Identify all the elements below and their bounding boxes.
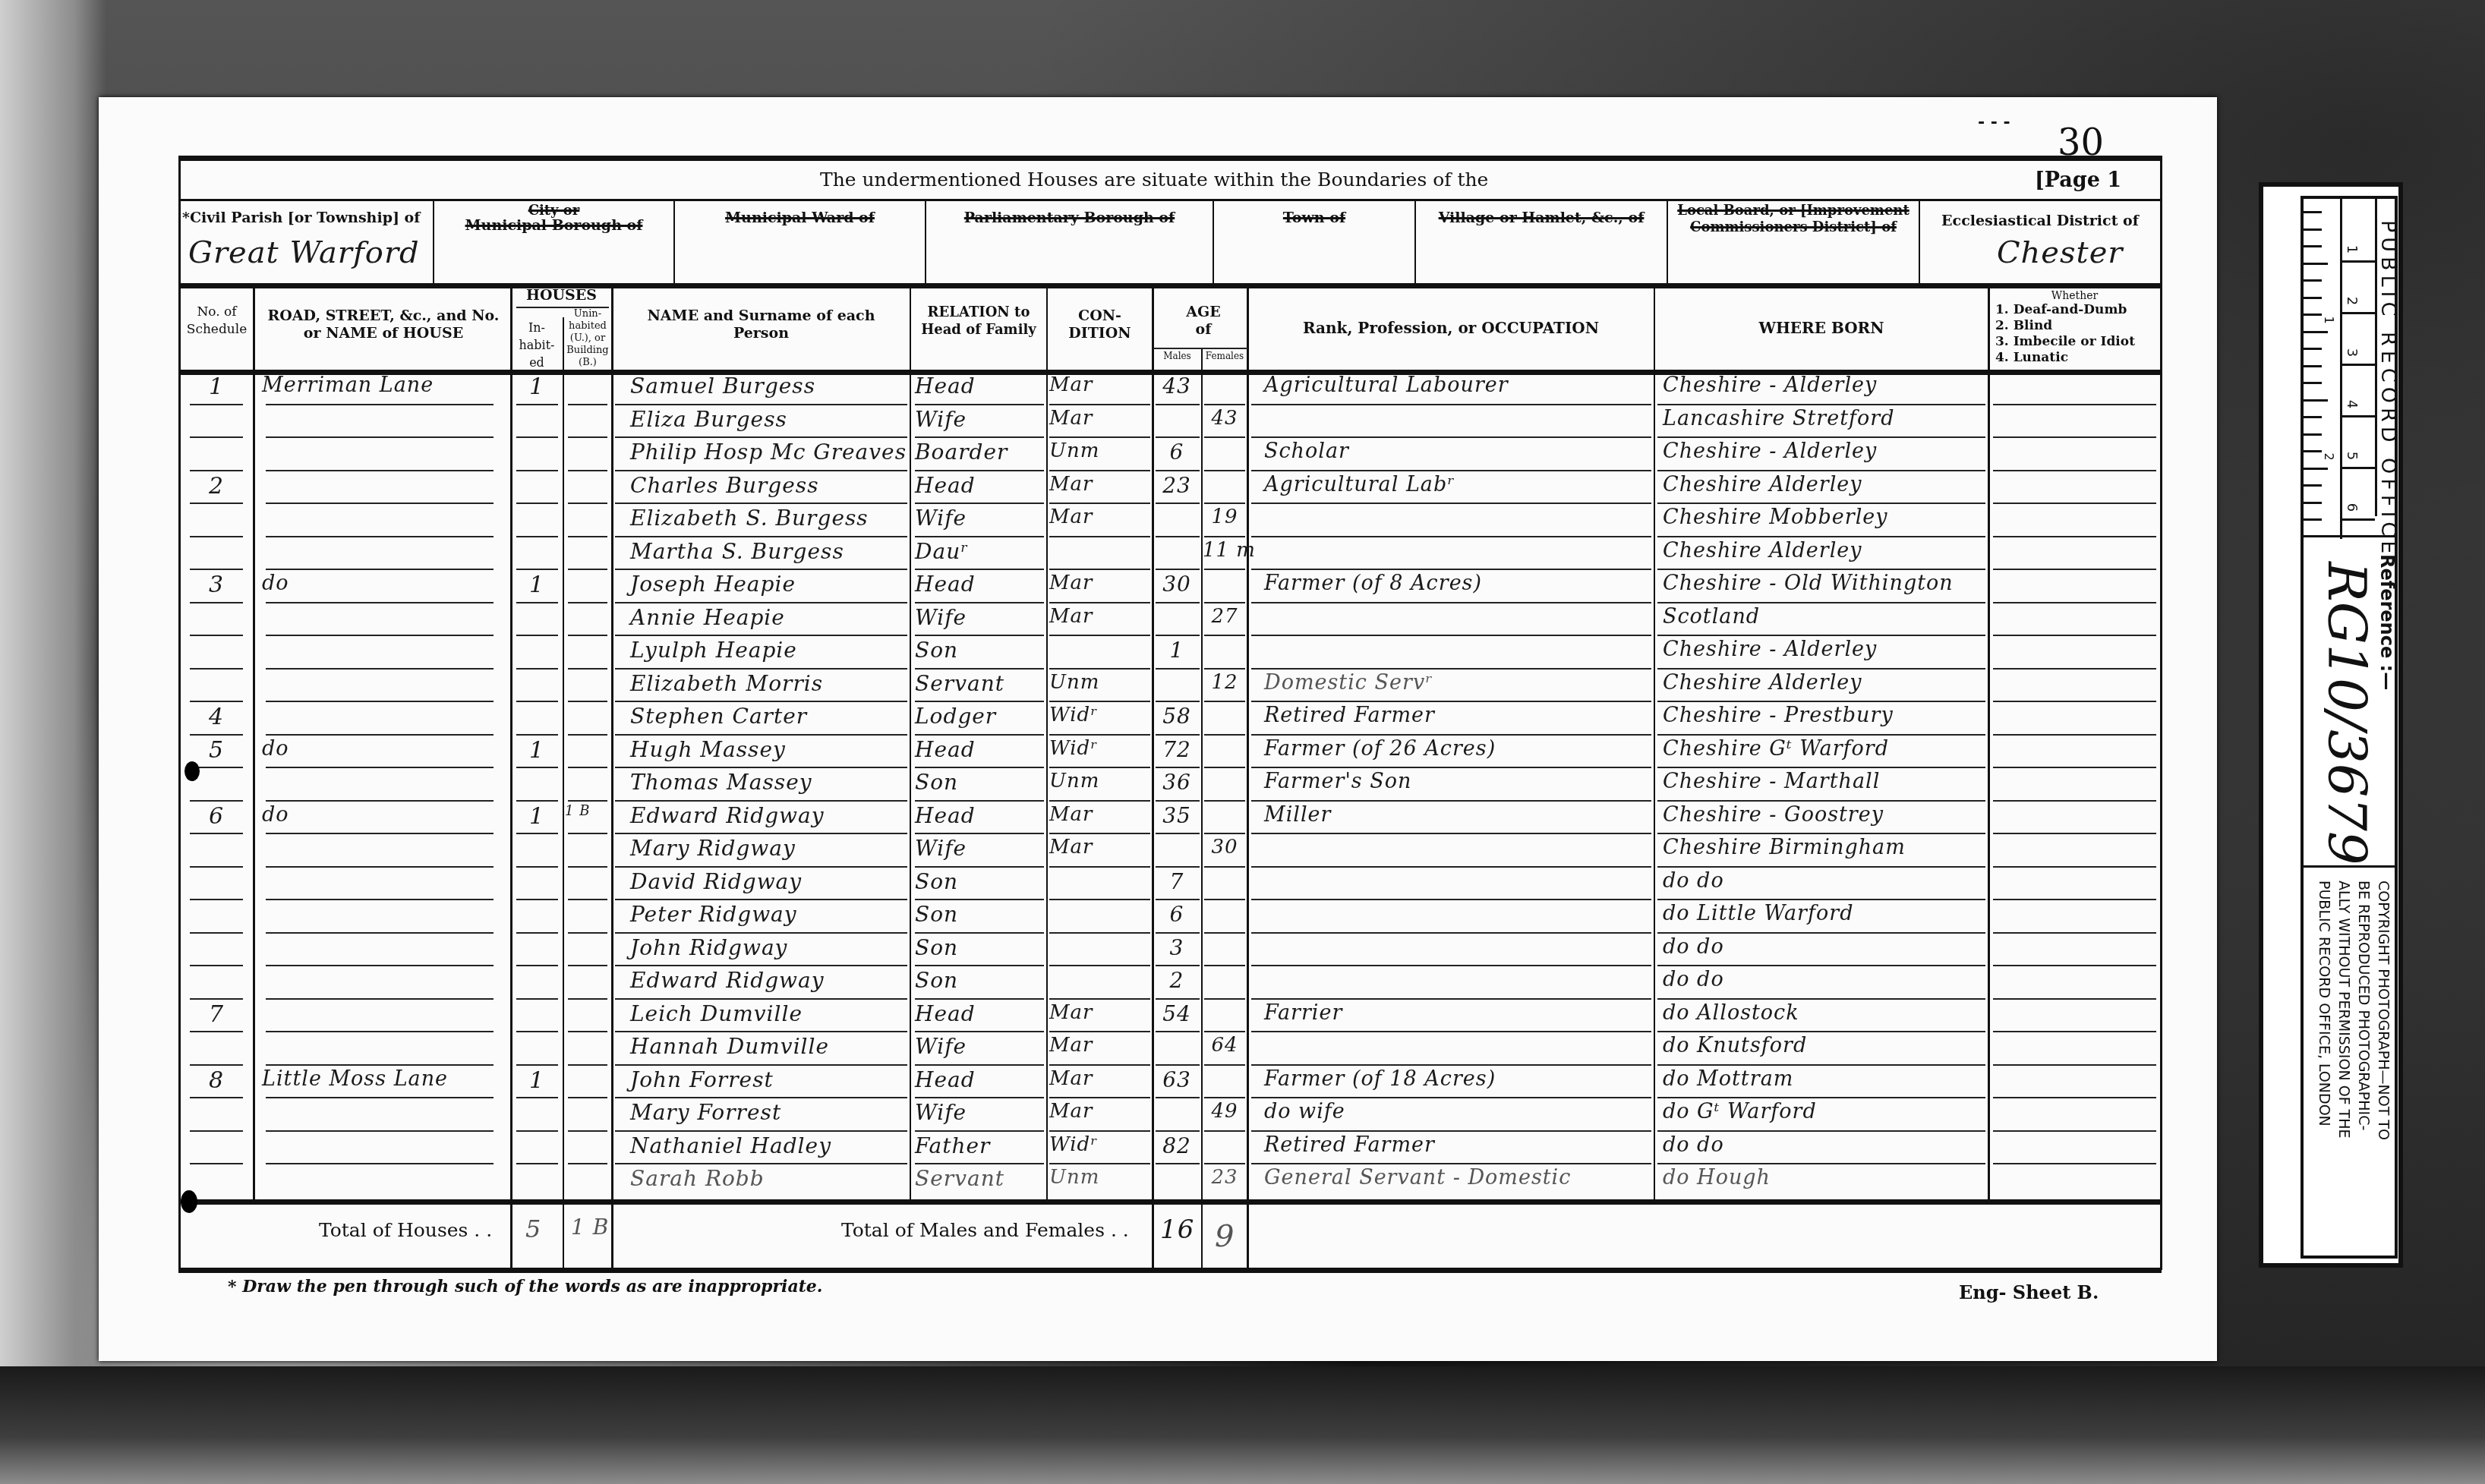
scale-tick: [2304, 348, 2322, 350]
row-rule: [1156, 569, 1200, 570]
cell-born: do do: [1663, 1133, 2020, 1157]
row-rule: [1049, 734, 1150, 736]
row-rule: [516, 1130, 558, 1132]
cell-relation: Wife: [915, 506, 1044, 531]
row-rule: [1251, 965, 1651, 966]
row-rule: [1993, 866, 2156, 868]
row-rule: [266, 668, 494, 670]
cell-relation: Head: [915, 1067, 1044, 1092]
cell-relation: Wife: [915, 836, 1044, 861]
row-rule: [915, 503, 1044, 504]
cell-born: Cheshire Alderley: [1663, 539, 2020, 562]
cell-occupation: do wife: [1264, 1100, 1651, 1123]
row-rule: [190, 668, 243, 670]
cell-relation: Son: [915, 869, 1044, 894]
row-rule: [1657, 899, 1985, 900]
scale-divider: [2342, 518, 2375, 521]
row-rule: [266, 998, 494, 1000]
reference-label: Reference :—: [2376, 554, 2398, 690]
row-rule: [1204, 1064, 1245, 1066]
row-rule: [915, 1163, 1044, 1164]
cell-born: do Gᵗ Warford: [1663, 1100, 2020, 1123]
row-rule: [915, 1130, 1044, 1132]
row-rule: [190, 701, 243, 702]
row-rule: [516, 1064, 558, 1066]
cell-male: 6: [1154, 440, 1200, 465]
cell-male: 35: [1154, 803, 1200, 828]
row-rule: [1156, 470, 1200, 471]
col-header-whether-3: 3. Imbecile or Idiot: [1995, 334, 2135, 349]
cell-relation: Wife: [915, 1100, 1044, 1125]
cell-occupation: Domestic Servʳ: [1264, 671, 1651, 695]
scale-number: 3: [2344, 348, 2360, 357]
row-rule: [1657, 866, 1985, 868]
row-rule: [1204, 866, 1245, 868]
col-header-uninhabited: Unin-habited (U.), or Building (B.): [564, 308, 611, 369]
row-rule: [266, 404, 494, 405]
scale-number: 6: [2344, 503, 2360, 512]
copyright-line-1: COPYRIGHT PHOTOGRAPH—NOT TO: [2375, 881, 2392, 1140]
cell-male: 54: [1154, 1001, 1200, 1026]
row-rule: [1993, 668, 2156, 670]
row-rule: [1657, 965, 1985, 966]
col-header-houses: HOUSES: [512, 287, 611, 304]
col-divider-relation: [1046, 285, 1048, 1199]
cell-relation: Wife: [915, 1034, 1044, 1059]
row-rule: [1049, 1163, 1150, 1164]
row-rule: [1993, 998, 2156, 1000]
row-rule: [190, 404, 243, 405]
area-label-local-board-line1: Local Board, or [Improvement: [1668, 202, 1919, 219]
cell-condition: Mar: [1049, 1001, 1152, 1024]
col-header-females: Females: [1203, 351, 1247, 361]
cell-relation: Son: [915, 935, 1044, 960]
cell-name: John Forrest: [630, 1067, 910, 1092]
cell-occupation: Retired Farmer: [1264, 704, 1651, 727]
row-rule: [1251, 998, 1651, 1000]
cell-name: Stephen Carter: [630, 704, 910, 729]
row-rule: [568, 503, 607, 504]
row-rule: [1993, 436, 2156, 438]
cell-relation: Wife: [915, 407, 1044, 432]
cell-female: 27: [1203, 605, 1247, 628]
row-rule: [1657, 1064, 1985, 1066]
cell-relation: Head: [915, 473, 1044, 498]
cell-female: 12: [1203, 671, 1247, 694]
rule-totals-top: [186, 1199, 2162, 1205]
cell-name: Leich Dumville: [630, 1001, 910, 1026]
row-rule: [1049, 1130, 1150, 1132]
row-rule: [615, 833, 907, 834]
col-divider-inhabited: [563, 317, 564, 1270]
row-rule: [1657, 635, 1985, 636]
col-divider-males: [1201, 349, 1203, 1270]
scale-tick: [2304, 297, 2322, 299]
row-rule: [568, 800, 607, 802]
row-rule: [1156, 536, 1200, 537]
cell-condition: Mar: [1049, 1100, 1152, 1123]
copyright-line-3: ALLY WITHOUT PERMISSION OF THE: [2335, 881, 2352, 1139]
cell-born: do do: [1663, 968, 2020, 991]
col-divider-schedule: [253, 285, 255, 1199]
row-rule: [568, 404, 607, 405]
cell-relation: Head: [915, 572, 1044, 597]
margin-dot: [184, 761, 200, 781]
cell-name: Lyulph Heapie: [630, 638, 910, 663]
row-rule: [190, 800, 243, 802]
row-rule: [1049, 833, 1150, 834]
row-rule: [1156, 1130, 1200, 1132]
row-rule: [516, 436, 558, 438]
row-rule: [1993, 470, 2156, 471]
cell-born: Cheshire Birmingham: [1663, 836, 2020, 859]
cell-inhabited: 1: [513, 373, 560, 400]
row-rule: [1049, 668, 1150, 670]
row-rule: [615, 1097, 907, 1098]
row-rule: [1251, 1130, 1651, 1132]
row-rule: [266, 436, 494, 438]
col-divider-uninhabited: [611, 285, 613, 1270]
row-rule: [915, 602, 1044, 603]
cell-born: Scotland: [1663, 605, 2020, 629]
cell-relation: Servant: [915, 1166, 1044, 1191]
area-label-village: Village or Hamlet, &c., of: [1416, 210, 1667, 227]
row-rule: [190, 569, 243, 570]
row-rule: [266, 932, 494, 934]
row-rule: [1993, 1130, 2156, 1132]
row-rule: [266, 503, 494, 504]
cell-schedule: 7: [182, 1001, 251, 1028]
row-rule: [615, 536, 907, 537]
row-rule: [915, 536, 1044, 537]
row-rule: [1993, 536, 2156, 537]
col-header-whether-2: 2. Blind: [1995, 318, 2052, 333]
cell-relation: Boarder: [915, 440, 1044, 465]
cell-condition: Mar: [1049, 407, 1152, 430]
row-rule: [1049, 866, 1150, 868]
col-divider-road: [510, 285, 512, 1270]
cell-name: Thomas Massey: [630, 770, 910, 795]
row-rule: [1049, 602, 1150, 603]
row-rule: [1049, 899, 1150, 900]
row-rule: [615, 1163, 907, 1164]
cell-occupation: General Servant - Domestic: [1264, 1166, 1651, 1189]
row-rule: [1156, 1097, 1200, 1098]
row-rule: [1251, 635, 1651, 636]
row-rule: [190, 932, 243, 934]
cell-occupation: Agricultural Labourer: [1264, 373, 1651, 397]
row-rule: [615, 800, 907, 802]
row-rule: [266, 1097, 494, 1098]
cell-born: do Hough: [1663, 1166, 2020, 1189]
col-header-age: AGE of: [1181, 304, 1226, 339]
cell-schedule: 1: [182, 373, 251, 400]
row-rule: [915, 965, 1044, 966]
cell-relation: Head: [915, 1001, 1044, 1026]
row-rule: [568, 932, 607, 934]
cell-born: Cheshire - Alderley: [1663, 373, 2020, 397]
row-rule: [1993, 932, 2156, 934]
row-rule: [615, 866, 907, 868]
row-rule: [1657, 503, 1985, 504]
row-rule: [1251, 1064, 1651, 1066]
col-header-whether: Whether: [1989, 290, 2160, 302]
cell-condition: Widʳ: [1049, 1133, 1152, 1156]
row-rule: [266, 470, 494, 471]
cell-condition: Mar: [1049, 1067, 1152, 1090]
col-divider-females: [1247, 285, 1249, 1270]
row-rule: [1156, 668, 1200, 670]
row-rule: [1204, 1130, 1245, 1132]
row-rule: [1156, 800, 1200, 802]
cell-name: John Ridgway: [630, 935, 910, 960]
row-rule: [615, 635, 907, 636]
row-rule: [516, 602, 558, 603]
row-rule: [1993, 734, 2156, 736]
cell-name: Mary Forrest: [630, 1100, 910, 1125]
row-rule: [516, 470, 558, 471]
row-rule: [266, 635, 494, 636]
row-rule: [190, 965, 243, 966]
row-rule: [266, 866, 494, 868]
row-rule: [1204, 701, 1245, 702]
row-rule: [1657, 767, 1985, 768]
row-rule: [1156, 602, 1200, 603]
row-rule: [1156, 899, 1200, 900]
row-rule: [915, 767, 1044, 768]
cell-born: do Allostock: [1663, 1001, 2020, 1025]
row-rule: [568, 536, 607, 537]
row-rule: [615, 404, 907, 405]
row-rule: [1049, 536, 1150, 537]
row-rule: [615, 503, 907, 504]
row-rule: [1993, 965, 2156, 966]
row-rule: [1204, 734, 1245, 736]
cell-born: Cheshire Gᵗ Warford: [1663, 737, 2020, 761]
scale-divider: [2342, 364, 2375, 366]
row-rule: [1993, 1031, 2156, 1032]
row-rule: [1204, 767, 1245, 768]
cell-relation: Son: [915, 902, 1044, 927]
row-rule: [266, 602, 494, 603]
row-rule: [1156, 833, 1200, 834]
row-rule: [915, 635, 1044, 636]
cell-male: 82: [1154, 1133, 1200, 1158]
scale-number: 5: [2344, 452, 2360, 460]
cell-road: do: [262, 572, 509, 595]
row-rule: [266, 734, 494, 736]
row-rule: [615, 767, 907, 768]
col-header-condition: CON-DITION: [1048, 307, 1152, 342]
row-rule: [1657, 932, 1985, 934]
row-rule: [1049, 503, 1150, 504]
row-rule: [1049, 701, 1150, 702]
row-rule: [1993, 635, 2156, 636]
row-rule: [1251, 470, 1651, 471]
cell-male: 1: [1154, 638, 1200, 663]
row-rule: [915, 800, 1044, 802]
cell-name: Charles Burgess: [630, 473, 910, 498]
row-rule: [915, 932, 1044, 934]
row-rule: [1251, 800, 1651, 802]
cell-name: Elizabeth S. Burgess: [630, 506, 910, 531]
cell-name: Nathaniel Hadley: [630, 1133, 910, 1158]
cell-name: Samuel Burgess: [630, 373, 910, 399]
row-rule: [516, 800, 558, 802]
cell-born: do do: [1663, 869, 2020, 893]
col-header-relation: RELATION to Head of Family: [911, 304, 1046, 339]
row-rule: [1251, 668, 1651, 670]
row-rule: [1204, 503, 1245, 504]
row-rule: [1204, 965, 1245, 966]
cell-occupation: Farmer (of 26 Acres): [1264, 737, 1651, 761]
row-rule: [615, 1130, 907, 1132]
margin-dot: [181, 1190, 197, 1213]
row-rule: [1657, 1097, 1985, 1098]
row-rule: [568, 668, 607, 670]
row-rule: [1657, 602, 1985, 603]
cell-name: Hugh Massey: [630, 737, 910, 762]
row-rule: [1204, 1163, 1245, 1164]
row-rule: [266, 965, 494, 966]
row-rule: [516, 1097, 558, 1098]
row-rule: [1204, 470, 1245, 471]
stamp-dashes: - - -: [1978, 112, 2010, 132]
row-rule: [615, 701, 907, 702]
row-rule: [516, 734, 558, 736]
scan-edge-light: [0, 0, 106, 1484]
cell-relation: Dauʳ: [915, 539, 1044, 564]
cell-female: 19: [1203, 506, 1247, 528]
scale-tick: [2304, 468, 2328, 470]
row-rule: [1251, 1163, 1651, 1164]
row-rule: [1657, 569, 1985, 570]
area-label-municipal-ward: Municipal Ward of: [675, 210, 925, 227]
scale-tick: [2304, 399, 2328, 402]
row-rule: [266, 569, 494, 570]
age-subrule: [1153, 348, 1248, 349]
row-rule: [1993, 404, 2156, 405]
scale-tick: [2304, 433, 2322, 436]
cell-name: Martha S. Burgess: [630, 539, 910, 564]
row-rule: [1993, 800, 2156, 802]
cell-inhabited: 1: [513, 1067, 560, 1094]
row-rule: [1204, 436, 1245, 438]
scale-number: 4: [2344, 400, 2360, 408]
cell-born: do Little Warford: [1663, 902, 2020, 925]
row-rule: [190, 503, 243, 504]
row-rule: [266, 800, 494, 802]
scale-inch-number: 1: [2322, 316, 2336, 323]
row-rule: [1156, 1163, 1200, 1164]
cell-condition: Mar: [1049, 572, 1152, 594]
row-rule: [266, 1163, 494, 1164]
page-label: [Page 1: [2035, 169, 2121, 192]
row-rule: [1251, 503, 1651, 504]
cell-condition: Mar: [1049, 605, 1152, 628]
row-rule: [516, 932, 558, 934]
row-rule: [1204, 536, 1245, 537]
row-rule: [1251, 404, 1651, 405]
cell-born: do Mottram: [1663, 1067, 2020, 1091]
cell-name: Philip Hosp Mc Greaves: [630, 440, 910, 465]
cell-relation: Head: [915, 737, 1044, 762]
row-rule: [615, 602, 907, 603]
row-rule: [190, 998, 243, 1000]
row-rule: [266, 899, 494, 900]
row-rule: [266, 536, 494, 537]
row-rule: [615, 899, 907, 900]
row-rule: [1993, 701, 2156, 702]
cell-condition: Unm: [1049, 671, 1152, 694]
row-rule: [190, 436, 243, 438]
cell-male: 72: [1154, 737, 1200, 762]
cell-condition: Mar: [1049, 836, 1152, 859]
cell-condition: Mar: [1049, 506, 1152, 528]
cell-schedule: 3: [182, 572, 251, 598]
row-rule: [1156, 932, 1200, 934]
cell-born: Cheshire - Goostrey: [1663, 803, 2020, 827]
row-rule: [568, 1064, 607, 1066]
cell-occupation: Scholar: [1264, 440, 1651, 463]
cell-born: do do: [1663, 935, 2020, 959]
col-header-occupation: Rank, Profession, or OCCUPATION: [1248, 319, 1654, 337]
cell-female: 11 m: [1203, 539, 1247, 562]
row-rule: [1156, 866, 1200, 868]
row-rule: [190, 899, 243, 900]
col-header-where-born: WHERE BORN: [1655, 319, 1988, 337]
cell-inhabited: 1: [513, 572, 560, 598]
row-rule: [266, 1130, 494, 1132]
row-rule: [1993, 1064, 2156, 1066]
row-rule: [568, 470, 607, 471]
col-header-schedule: No. of Schedule: [181, 304, 253, 339]
cell-name: Mary Ridgway: [630, 836, 910, 861]
cell-male: 43: [1154, 373, 1200, 399]
cell-male: 2: [1154, 968, 1200, 993]
row-rule: [568, 1163, 607, 1164]
area-label-town: Town of: [1214, 210, 1414, 227]
row-rule: [1993, 503, 2156, 504]
cell-born: Cheshire Mobberley: [1663, 506, 2020, 529]
row-rule: [568, 734, 607, 736]
cell-relation: Head: [915, 803, 1044, 828]
cell-name: Peter Ridgway: [630, 902, 910, 927]
row-rule: [568, 965, 607, 966]
row-rule: [568, 569, 607, 570]
area-label-municipal-borough: Municipal Borough of: [434, 217, 673, 235]
row-rule: [1049, 1031, 1150, 1032]
row-rule: [190, 866, 243, 868]
row-rule: [266, 767, 494, 768]
cell-relation: Servant: [915, 671, 1044, 696]
row-rule: [1156, 734, 1200, 736]
row-rule: [1049, 767, 1150, 768]
row-rule: [516, 503, 558, 504]
scale-tick: [2304, 502, 2322, 504]
row-rule: [568, 1130, 607, 1132]
row-rule: [568, 1097, 607, 1098]
row-rule: [1251, 767, 1651, 768]
cell-relation: Head: [915, 373, 1044, 399]
cell-relation: Son: [915, 638, 1044, 663]
row-rule: [915, 1064, 1044, 1066]
row-rule: [190, 1064, 243, 1066]
row-rule: [1049, 470, 1150, 471]
row-rule: [516, 965, 558, 966]
row-rule: [516, 1031, 558, 1032]
row-rule: [1204, 569, 1245, 570]
